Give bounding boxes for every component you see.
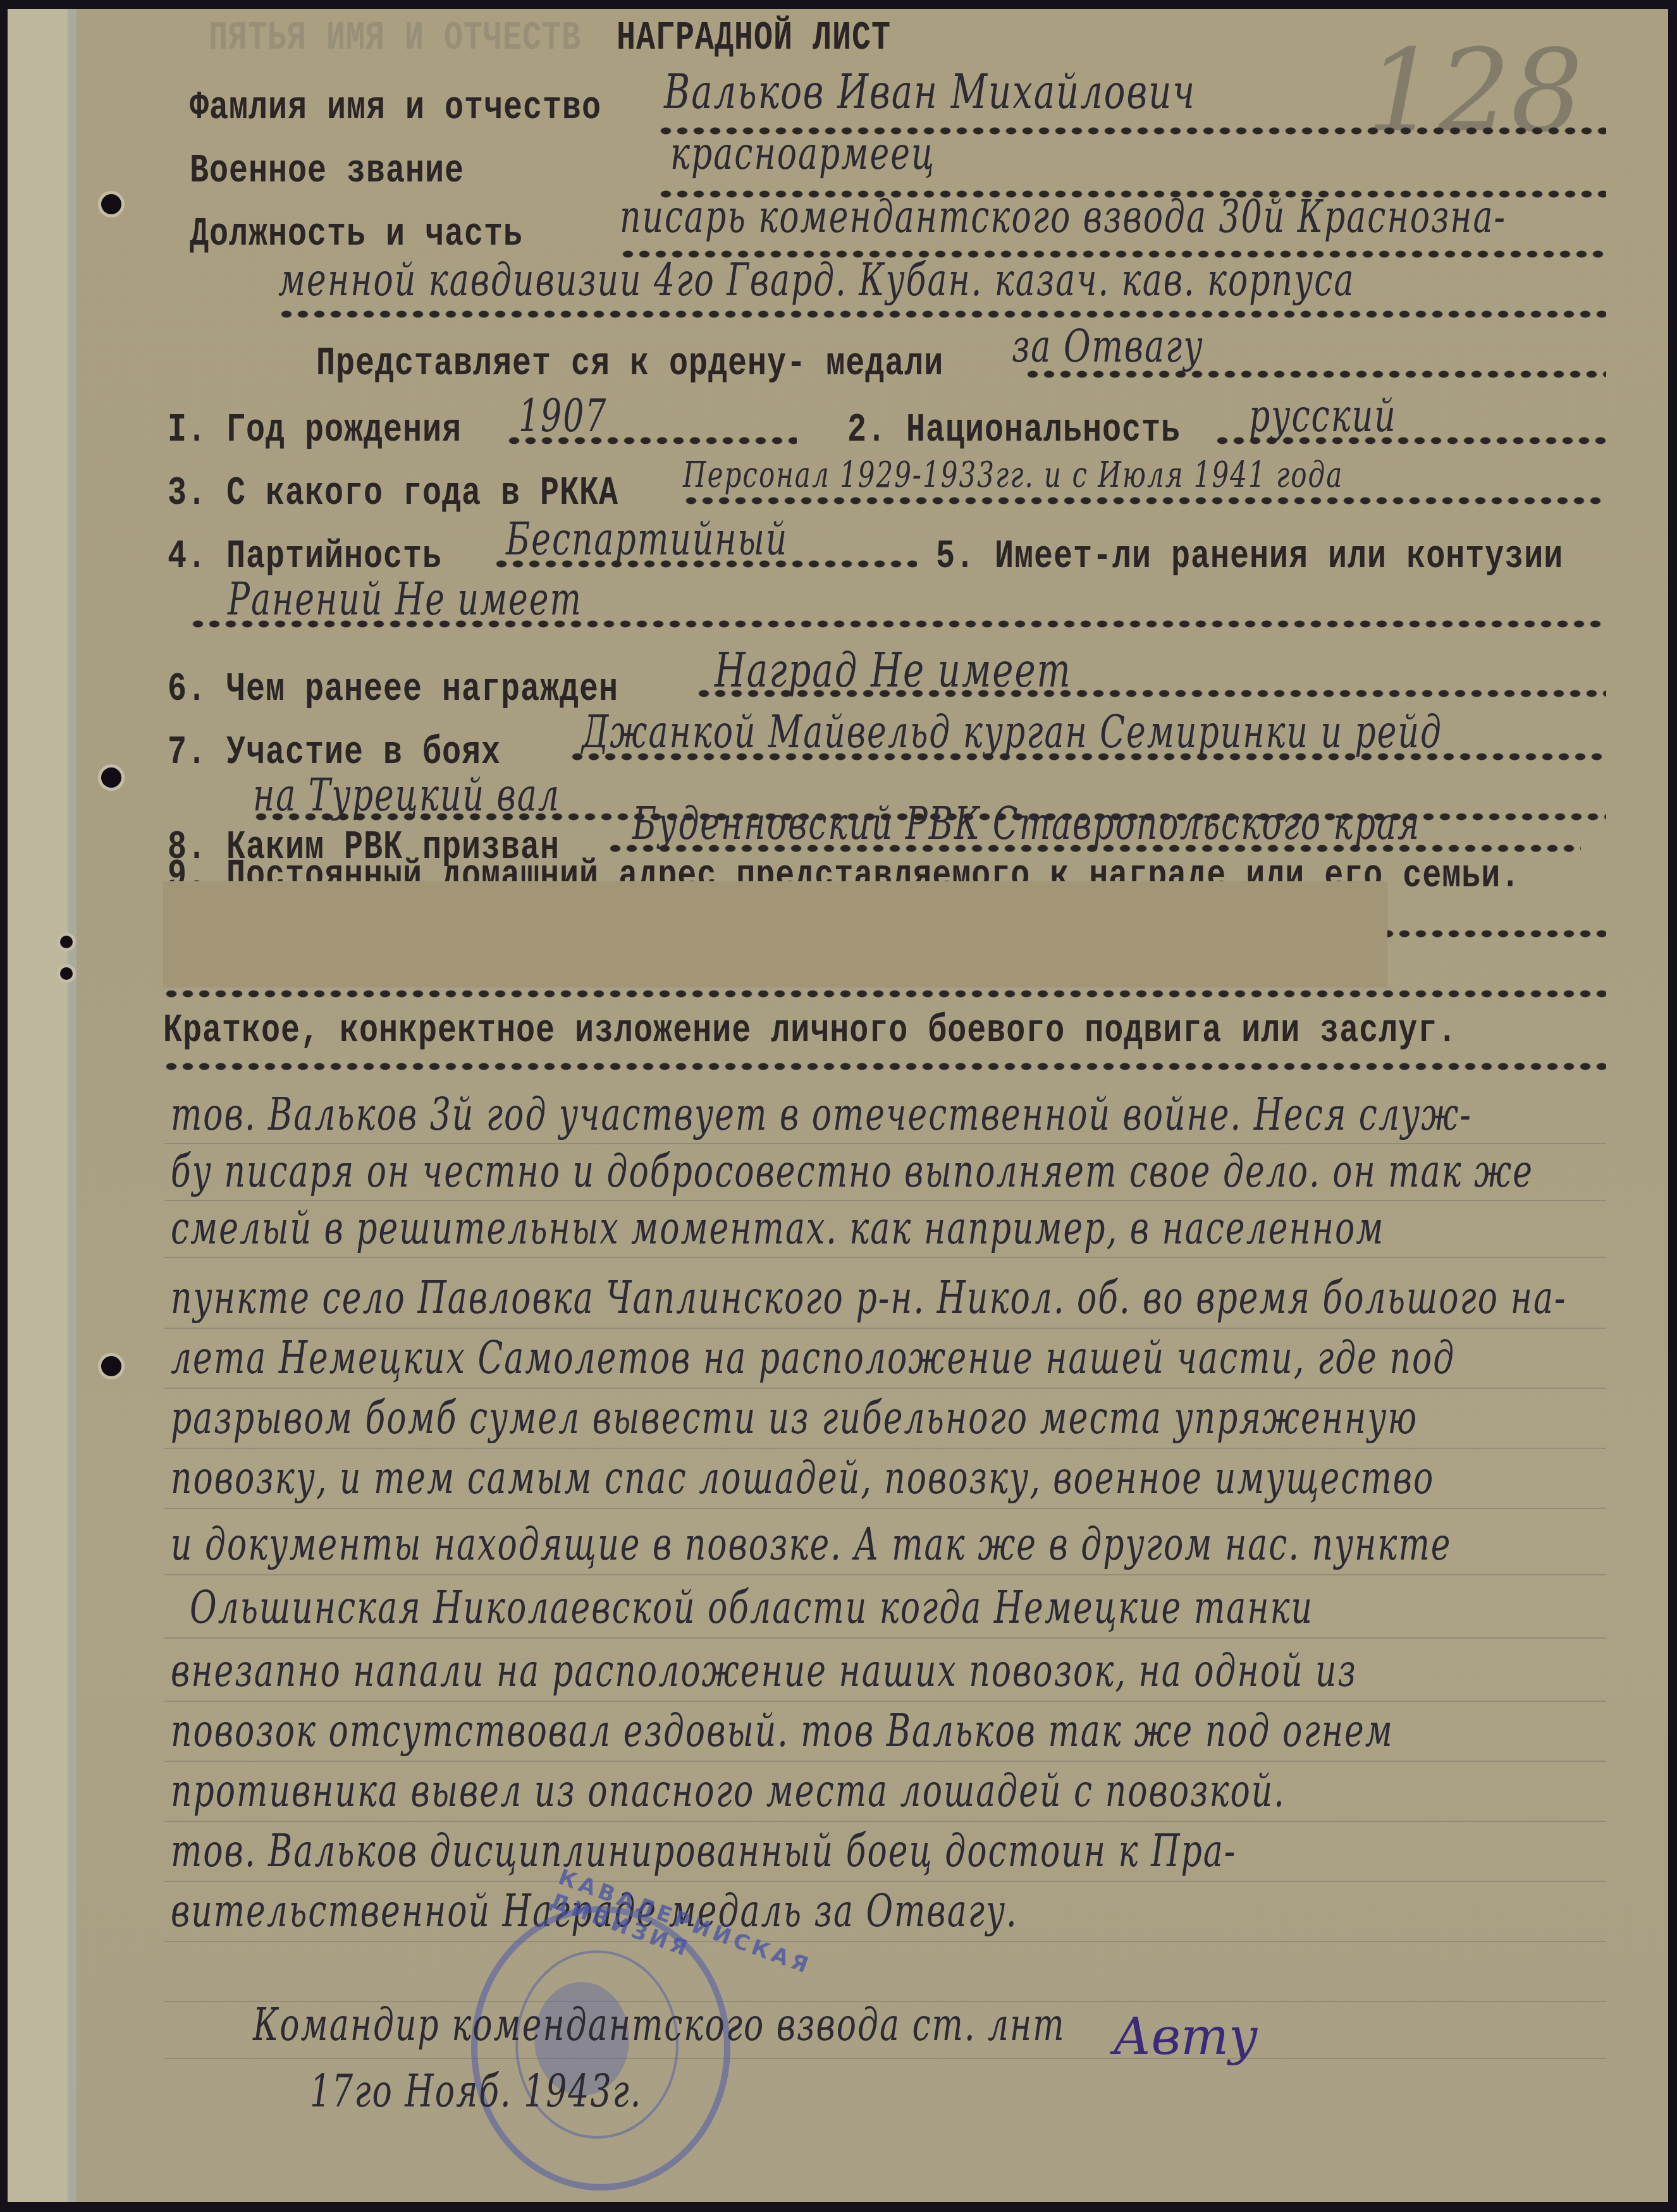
narrative-line: лета Немецких Самолетов на расположение … <box>171 1333 1455 1384</box>
narrative-line: бу писаря он честно и добросовестно выпо… <box>171 1147 1533 1198</box>
fill-line <box>278 310 1606 319</box>
narrative-line: противника вывел из опасного места лошад… <box>171 1766 1286 1818</box>
signature: Авту <box>1113 2007 1258 2066</box>
redacted-address <box>163 881 1387 987</box>
fill-line <box>696 689 1606 698</box>
item-7-value-1: Джанкой Майвельд курган Семиринки и рейд <box>582 707 1442 759</box>
fill-line <box>190 620 1606 628</box>
narrative-line: разрывом бомб сумел вывести из гибельног… <box>171 1393 1418 1445</box>
punch-hole <box>101 1356 121 1376</box>
binding-margin <box>8 9 68 2203</box>
narrative-line: тов. Вальков 3й год участвует в отечеств… <box>171 1090 1472 1141</box>
punch-hole <box>101 194 121 214</box>
fill-line <box>163 1062 1606 1071</box>
fill-line <box>493 559 917 568</box>
field-value-position-1: писарь комендантского взвода 30й Красноз… <box>620 192 1506 243</box>
fill-line <box>1214 436 1606 445</box>
field-value-rank: красноармеец <box>670 129 935 180</box>
summary-heading: Краткое, конкректное изложение личного б… <box>163 1009 1457 1054</box>
fill-line <box>683 496 1606 505</box>
document-title: НАГРАДНОЙ ЛИСТ <box>617 16 891 61</box>
punch-hole <box>101 767 121 788</box>
narrative-line: повозок отсутствовал ездовый. тов Валько… <box>171 1706 1394 1757</box>
field-label-award: Представляет ся к ордену- медали <box>316 342 943 387</box>
scan-border <box>1668 0 1677 2212</box>
narrative-line: внезапно напали на расположение наших по… <box>171 1646 1357 1697</box>
fill-line <box>163 989 1606 998</box>
punch-hole <box>60 936 73 948</box>
narrative-line: повозку, и тем самым спас лошадей, повоз… <box>171 1453 1434 1505</box>
sign-date: 17го Нояб. 1943г. <box>310 2067 642 2118</box>
item-6-label: 6. Чем ранеее награжден <box>168 668 618 712</box>
item-2-value: русский <box>1249 391 1397 443</box>
narrative-line: и документы находящие в повозке. А так ж… <box>171 1520 1451 1571</box>
fill-line <box>569 752 1606 761</box>
narrative-line: тов. Вальков дисциплинированный боец дос… <box>171 1826 1236 1878</box>
punch-hole <box>60 967 73 980</box>
field-value-award: за Отвагу <box>1012 322 1204 373</box>
narrative-line: смелый в решительных моментах. как напри… <box>171 1204 1384 1255</box>
item-4-label: 4. Партийность <box>168 535 442 580</box>
field-label-position: Должность и часть <box>190 212 523 257</box>
narrative-line: Ольшинская Николаевской области когда Не… <box>190 1583 1313 1634</box>
fill-line <box>506 436 797 445</box>
fill-line <box>1024 370 1606 379</box>
field-value-name: Вальков Иван Михайлович <box>664 64 1196 120</box>
narrative-line: пункте село Павловка Чаплинского р-н. Ни… <box>171 1273 1567 1324</box>
archive-number: 128 <box>1366 25 1583 157</box>
field-label-name: Фамлия имя и отчество <box>190 86 601 131</box>
item-2-label: 2. Национальность <box>847 408 1181 453</box>
item-1-label: I. Год рождения <box>168 408 462 453</box>
item-3-label: 3. С какого года в РККА <box>168 472 618 516</box>
item-1-value: 1907 <box>519 391 607 443</box>
item-8-value: Буденновский РВК Ставропольского края <box>632 799 1420 850</box>
item-5-label: 5. Имеет-ли ранения или контузии <box>936 535 1563 580</box>
fill-line <box>607 844 1581 853</box>
item-5-value: Ранений Не имеет <box>228 575 582 626</box>
faded-header: ПЯТЬЯ ИМЯ И ОТЧЕСТВ <box>209 16 581 61</box>
item-4-value: Беспартийный <box>506 515 788 566</box>
scan-border <box>0 2202 1677 2212</box>
item-3-value: Персонал 1929-1933гг. и с Июля 1941 года <box>683 454 1343 496</box>
item-7-label: 7. Участие в боях <box>168 731 501 776</box>
field-value-position-2: менной кавдивизии 4го Гвард. Кубан. каза… <box>278 255 1354 307</box>
field-label-rank: Военное звание <box>190 149 464 194</box>
signer-title: Командир комендантского взвода ст. лнт <box>253 2000 1066 2051</box>
